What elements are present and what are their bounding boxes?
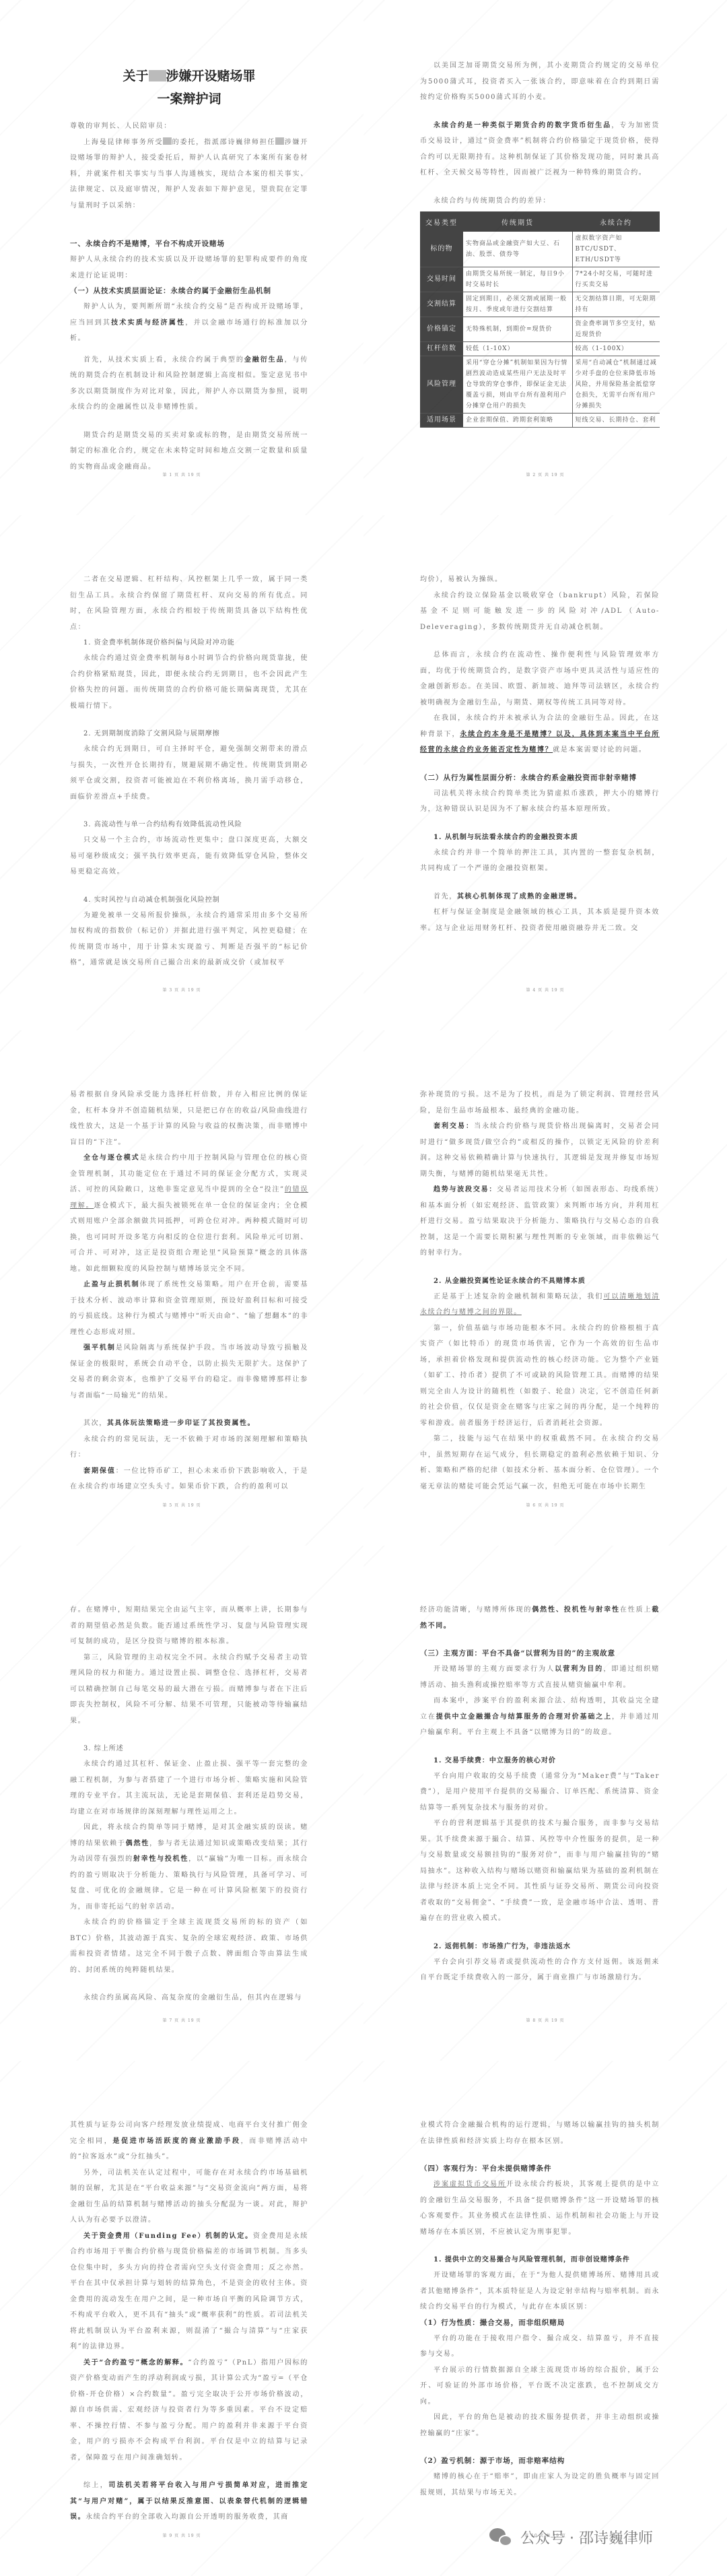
paragraph: 第一，价值基础与市场功能根本不同。永续合约的价格根植于真实资产（如比特币）的现货… — [420, 1321, 660, 1432]
point-heading: 1. 资金费率机制体现价格纠偏与风险对冲功能 — [70, 635, 308, 651]
paragraph: 强平机制是风险隔离与系统保护手段。当市场波动导致亏损触及保证金的极限时，系统会自… — [70, 1340, 308, 1403]
paragraph: 永续合约无到期日，可自主择时平仓，避免强制交割带来的滑点与损失，一次性开仓长期持… — [70, 741, 308, 805]
page-footer: 第 6 页 共 19 页 — [363, 1502, 727, 1508]
paragraph: 开设赌场罪的客观方面，在于“为他人提供赌博场所、赌博用具或者其他赌博条件”，其本… — [420, 2268, 660, 2315]
table-row: 标的物实物商品或金融资产如大豆、石油、股票、债券等虚拟数字资产如BTC/USDT… — [420, 232, 660, 267]
paragraph: 二者在交易逻辑、杠杆结构、风控框架上几乎一致，属于同一类衍生品工具。永续合约保留… — [70, 572, 308, 635]
page-footer: 第 8 页 共 19 页 — [363, 2017, 727, 2023]
redacted-name — [163, 137, 172, 145]
paragraph: 永续合约的常见玩法，无一不依赖于对市场的深刻理解和策略执行： — [70, 1432, 308, 1463]
comparison-table: 交易类型 传统期货 永续合约 标的物实物商品或金融资产如大豆、石油、股票、债券等… — [420, 211, 660, 428]
table-row: 交割结算固定到期日，必须交割或展期一般按月、季度或年进行交割结算无交割结算日期，… — [420, 292, 660, 317]
subsection-heading: （一）从技术实质层面论证：永续合约属于金融衍生品机制 — [70, 284, 308, 299]
paragraph: 永续合约是一种类似于期货合约的数字货币衍生品，专为加密货币交易设计，通过“资金费… — [420, 118, 660, 181]
paragraph: 均价），易被认为操纵。 — [420, 572, 660, 588]
paragraph: 全仓与逐仓模式是永续合约中用于控制风险与管理仓位的核心资金管理机制，其功能定位在… — [70, 1150, 308, 1277]
paragraph: 总体而言，永续合约在流动性、操作便利性与风险管理效率方面，均优于传统期货合约，是… — [420, 647, 660, 711]
redacted-name — [149, 70, 166, 81]
wechat-icon — [489, 2528, 515, 2547]
salutation: 尊敬的审判长、人民陪审员： — [70, 119, 308, 135]
page-5: 易者根据自身风险承受能力选择杠杆倍数，并存入相应比例的保证金，杠杆本身并不创造随… — [0, 1030, 363, 1546]
page-1: 关于涉嫌开设赌场罪 一案辩护词 尊敬的审判长、人民陪审员： 上海曼昆律师事务所受… — [0, 0, 363, 515]
paragraph: 在我国，永续合约并未被承认为合法的金融衍生品。因此，在这种背景下，永续合约本身是… — [420, 711, 660, 758]
paragraph: 期货合约是期货交易的买卖对象或标的物，是由期货交易所统一制定的标准化合约，规定在… — [70, 428, 308, 475]
page-6: 弥补现货的亏损。这不是为了投机，而是为了锁定利润、管理经营风险，是衍生品市场最根… — [363, 1030, 727, 1546]
point-heading: 2. 无到期制度消除了交割风险与展期摩擦 — [70, 726, 308, 741]
point-heading: 1. 提供中立的交易撮合与风险管理机制，而非创设赌博条件 — [420, 2252, 660, 2268]
paragraph: 第二，技能与运气在结果中的权重截然不同。在永续合约交易中，虽然短期存在运气成分，… — [420, 1431, 660, 1494]
document-page-grid: 关于涉嫌开设赌场罪 一案辩护词 尊敬的审判长、人民陪审员： 上海曼昆律师事务所受… — [0, 0, 727, 2576]
redacted-name — [275, 137, 284, 145]
account-label: 公众号 · 邵诗巍律师 — [520, 2527, 653, 2548]
subpoint-heading: （2）盈亏机制：源于市场，而非赔率结构 — [420, 2453, 660, 2469]
paragraph: 永续合约通过资金费率机制每8小时调节合约价格向现货靠拢，使合约价格紧贴现货，因此… — [70, 651, 308, 714]
page-footer: 第 4 页 共 19 页 — [363, 987, 727, 993]
paragraph: 经济功能清晰，与赌博所体现的偶然性、投机性与射幸性在性质上截然不同。 — [420, 1602, 660, 1634]
paragraph: 止盈与止损机制体现了系统性交易策略。用户在开仓前，需要基于技术分析、波动率计算和… — [70, 1277, 308, 1340]
page-7: 存。在赌博中，短期结果完全由运气主宰，而从概率上讲，长期参与者的期望值必然是负数… — [0, 1546, 363, 2061]
paragraph: 正是基于上述复杂的金融机制和策略玩法，我们可以清晰地划清永续合约与赌博之间的界限… — [420, 1289, 660, 1321]
intro-paragraph: 上海曼昆律师事务所受的委托，指派邵诗巍律师担任涉嫌开设赌场罪的辩护人，接受委托后… — [70, 135, 308, 214]
paragraph: 而本案中，涉案平台的盈利来源合法、结构透明，其收益完全建立在提供中立金融撮合与结… — [420, 1693, 660, 1741]
table-row: 价格锚定无特殊机制，到期价=现货价资金费率调节多空支付，贴近现货价 — [420, 317, 660, 342]
paragraph: 因此，将永续合约简单等同于赌博，是对其金融实质的误读。赌博的结果依赖于偶然性，参… — [70, 1820, 308, 1915]
point-heading: 2. 从金融投资属性论证永续合约不具赌博本质 — [420, 1274, 660, 1289]
wechat-account-watermark: 公众号 · 邵诗巍律师 — [489, 2527, 653, 2548]
table-row: 杠杆倍数较低（1-10X）较高（1-100X） — [420, 342, 660, 356]
paragraph: 为避免被单一交易所报价操纵，永续合约通常采用由多个交易所加权构成的指数价（标记价… — [70, 908, 308, 971]
paragraph: 套期保值：一位比特币矿工，担心未来币价下跌影响收入，于是在永续合约市场建立空头头… — [70, 1463, 308, 1495]
paragraph: 辩护人从永续合约的技术实质以及开设赌场罪的犯罪构成要件的角度来进行论证说明： — [70, 252, 308, 284]
page-9: 其性质与证券公司向客户经理发放业绩提成、电商平台支付推广佣金完全相同，是促进市场… — [0, 2061, 363, 2576]
page-2: 以美国芝加哥期货交易所为例，其小麦期货合约规定的交易单位为5000蒲式耳，投资者… — [363, 0, 727, 515]
page-8: 经济功能清晰，与赌博所体现的偶然性、投机性与射幸性在性质上截然不同。 （三）主观… — [363, 1546, 727, 2061]
paragraph: 易者根据自身风险承受能力选择杠杆倍数，并存入相应比例的保证金，杠杆本身并不创造随… — [70, 1087, 308, 1150]
point-heading: 1. 从机制与玩法看永续合约的金融投资本质 — [420, 830, 660, 845]
paragraph: 永续合约的价格锚定于全球主流现货交易所的标的资产（如BTC）价格，其波动源于真实… — [70, 1915, 308, 1978]
paragraph: 存。在赌博中，短期结果完全由运气主宰，而从概率上讲，长期参与者的期望值必然是负数… — [70, 1602, 308, 1650]
page-10: 业模式符合金融撮合机构的运行逻辑，与赌场以输赢挂钩的抽头机制在法律性质和经济实质… — [363, 2061, 727, 2576]
paragraph: 永续合约设立保险基金以吸收穿仓（bankrupt）风险，若保险基金不足则可能触发… — [420, 588, 660, 636]
paragraph: 首先，其核心机制体现了成熟的金融逻辑。 — [420, 889, 660, 905]
subsection-heading: （二）从行为属性层面分析：永续合约系金融投资而非射幸赌博 — [420, 770, 660, 786]
page-footer: 第 9 页 共 19 页 — [0, 2532, 363, 2538]
table-row: 交易时间由期货交易所统一制定，每日9小时交易时长7*24小时交易，可随时进行买卖… — [420, 267, 660, 292]
paragraph: 综上，司法机关若将平台收入与用户亏损简单对应，进而推定其“与用户对赌”，属于以结… — [70, 2478, 308, 2525]
paragraph: 首先，从技术实质上看，永续合约属于典型的金融衍生品，与传统的期货合约在机制设计和… — [70, 352, 308, 416]
paragraph: 因此，平台的角色是被动的技术服务提供者，并非主动组织或操控输赢的“庄家”。 — [420, 2410, 660, 2441]
page-footer: 第 2 页 共 19 页 — [363, 471, 727, 477]
table-header-row: 交易类型 传统期货 永续合约 — [420, 211, 660, 232]
point-heading: 3. 高流动性与单一合约结构有效降低流动性风险 — [70, 817, 308, 832]
paragraph: 平台的营利逻辑基于其提供的技术与撮合服务，而非参与交易结果。其手续费来源于撮合、… — [420, 1816, 660, 1927]
page-footer: 第 3 页 共 19 页 — [0, 987, 363, 993]
paragraph: 第三，风险管理的主动权完全不同。永续合约赋予交易者主动管理风险的权力和能力。通过… — [70, 1650, 308, 1729]
point-heading: 3. 综上所述 — [70, 1741, 308, 1756]
table-caption: 永续合约与传统期货合约的差异： — [420, 193, 660, 209]
point-heading: 4. 实时风控与自动减仓机制强化风险控制 — [70, 892, 308, 908]
paragraph: 关于“合约盈亏”概念的解释。“合约盈亏”（PnL）指用户因标的资产价格变动而产生… — [70, 2355, 308, 2466]
paragraph: 涉案虚拟货币交易所开设永续合约板块，其客观上提供的是中立的金融衍生品交易服务，不… — [420, 2177, 660, 2240]
paragraph: 开设赌场罪的主观方面要求行为人以营利为目的，即通过组织赌博活动、抽头渔利或操控赔… — [420, 1661, 660, 1693]
paragraph: 其性质与证券公司向客户经理发放业绩提成、电商平台支付推广佣金完全相同，是促进市场… — [70, 2117, 308, 2165]
paragraph: 以美国芝加哥期货交易所为例，其小麦期货合约规定的交易单位为5000蒲式耳，投资者… — [420, 58, 660, 106]
paragraph: 永续合约并非一个简单的押注工具，其内置的一整套复杂机制，共同构成了一个严谨的金融… — [420, 845, 660, 877]
paragraph: 平台向用户收取的交易手续费（通常分为“Maker费”与“Taker费”），是用户… — [420, 1769, 660, 1816]
paragraph: 平台会向引荐交易者或提供流动性的合作方支付返佣。该返佣来自平台既定手续费收入的一… — [420, 1954, 660, 1986]
page-3: 二者在交易逻辑、杠杆结构、风控框架上几乎一致，属于同一类衍生品工具。永续合约保留… — [0, 515, 363, 1030]
paragraph: 平台的功能在于接收用户指令、撮合成交、结算盈亏，并不直接参与交易。 — [420, 2331, 660, 2363]
paragraph: 其次，其具体玩法策略进一步印证了其投资属性。 — [70, 1416, 308, 1432]
paragraph: 业模式符合金融撮合机构的运行逻辑，与赌场以输赢挂钩的抽头机制在法律性质和经济实质… — [420, 2117, 660, 2149]
paragraph: 永续合约通过其杠杆、保证金、止盈止损、强平等一套完整的金融工程机制，为参与者搭建… — [70, 1756, 308, 1820]
paragraph: 套利交易：当永续合约价格与现货价格出现偏离时，交易者会同时进行“做多现货/做空合… — [420, 1119, 660, 1182]
paragraph: 关于资金费用（Funding Fee）机制的认定。资金费用是永续合约市场用于平衡… — [70, 2228, 308, 2355]
point-heading: 1. 交易手续费：中立服务的核心对价 — [420, 1753, 660, 1769]
document-title: 关于涉嫌开设赌场罪 一案辩护词 — [70, 65, 308, 110]
page-footer: 第 5 页 共 19 页 — [0, 1502, 363, 1508]
page-footer: 第 1 页 共 19 页 — [0, 471, 363, 477]
page-footer: 第 7 页 共 19 页 — [0, 2017, 363, 2023]
subpoint-heading: （1）行为性质：撮合交易，而非组织赌局 — [420, 2315, 660, 2331]
paragraph: 永续合约虽属高风险、高复杂度的金融衍生品，但其内在逻辑与 — [70, 1990, 308, 2006]
table-row: 适用场景企业套期保值、跨期套利策略短线交易、长期持仓、套利 — [420, 414, 660, 428]
paragraph: 趋势与波段交易：交易者运用技术分析（如图表形态、均线系统）和基本面分析（如宏观经… — [420, 1182, 660, 1261]
paragraph: 弥补现货的亏损。这不是为了投机，而是为了锁定利润、管理经营风险，是衍生品市场最根… — [420, 1087, 660, 1119]
paragraph: 另外，司法机关在认定过程中，可能存在对永续合约市场基础机制的误解，尤其是在“平台… — [70, 2165, 308, 2228]
paragraph: 平台展示的行情数据源自全球主流现货市场的综合报价，属于公开、可验证的外部市场价格… — [420, 2363, 660, 2410]
paragraph: 赌博的核心在于“赔率”，即由庄家人为设定的胜负概率与固定回报规则，其结果与市场无… — [420, 2469, 660, 2501]
paragraph: 司法机关将永续合约简单类比为猜虚拟币涨跌，押大小的赌博行为，这种错误认识是因为不… — [420, 786, 660, 818]
point-heading: 2. 返佣机制：市场推广行为，非违法返水 — [420, 1939, 660, 1954]
subsection-heading: （三）主观方面：平台不具备“以营利为目的”的主观故意 — [420, 1646, 660, 1661]
table-row: 风险管理采用“穿仓分摊”机制如果因为行情剧烈波动造成某些用户无法及时平仓导致的穿… — [420, 356, 660, 414]
paragraph: 只交易一个主合约，市场流动性更集中；盘口深度更高，大额交易可毫秒级成交；强平执行… — [70, 832, 308, 880]
paragraph: 辩护人认为，要判断所谓“永续合约交易”是否构成开设赌场罪，应当回到其技术实质与经… — [70, 299, 308, 347]
subsection-heading: （四）客观行为：平台未提供赌博条件 — [420, 2161, 660, 2177]
paragraph: 杠杆与保证金制度是金融领域的核心工具，其本质是提升资本效率。这与企业运用财务杠杆… — [420, 904, 660, 936]
page-4: 均价），易被认为操纵。 永续合约设立保险基金以吸收穿仓（bankrupt）风险，… — [363, 515, 727, 1030]
section-heading: 一、永续合约不是赌博，平台不构成开设赌场 — [70, 236, 308, 252]
